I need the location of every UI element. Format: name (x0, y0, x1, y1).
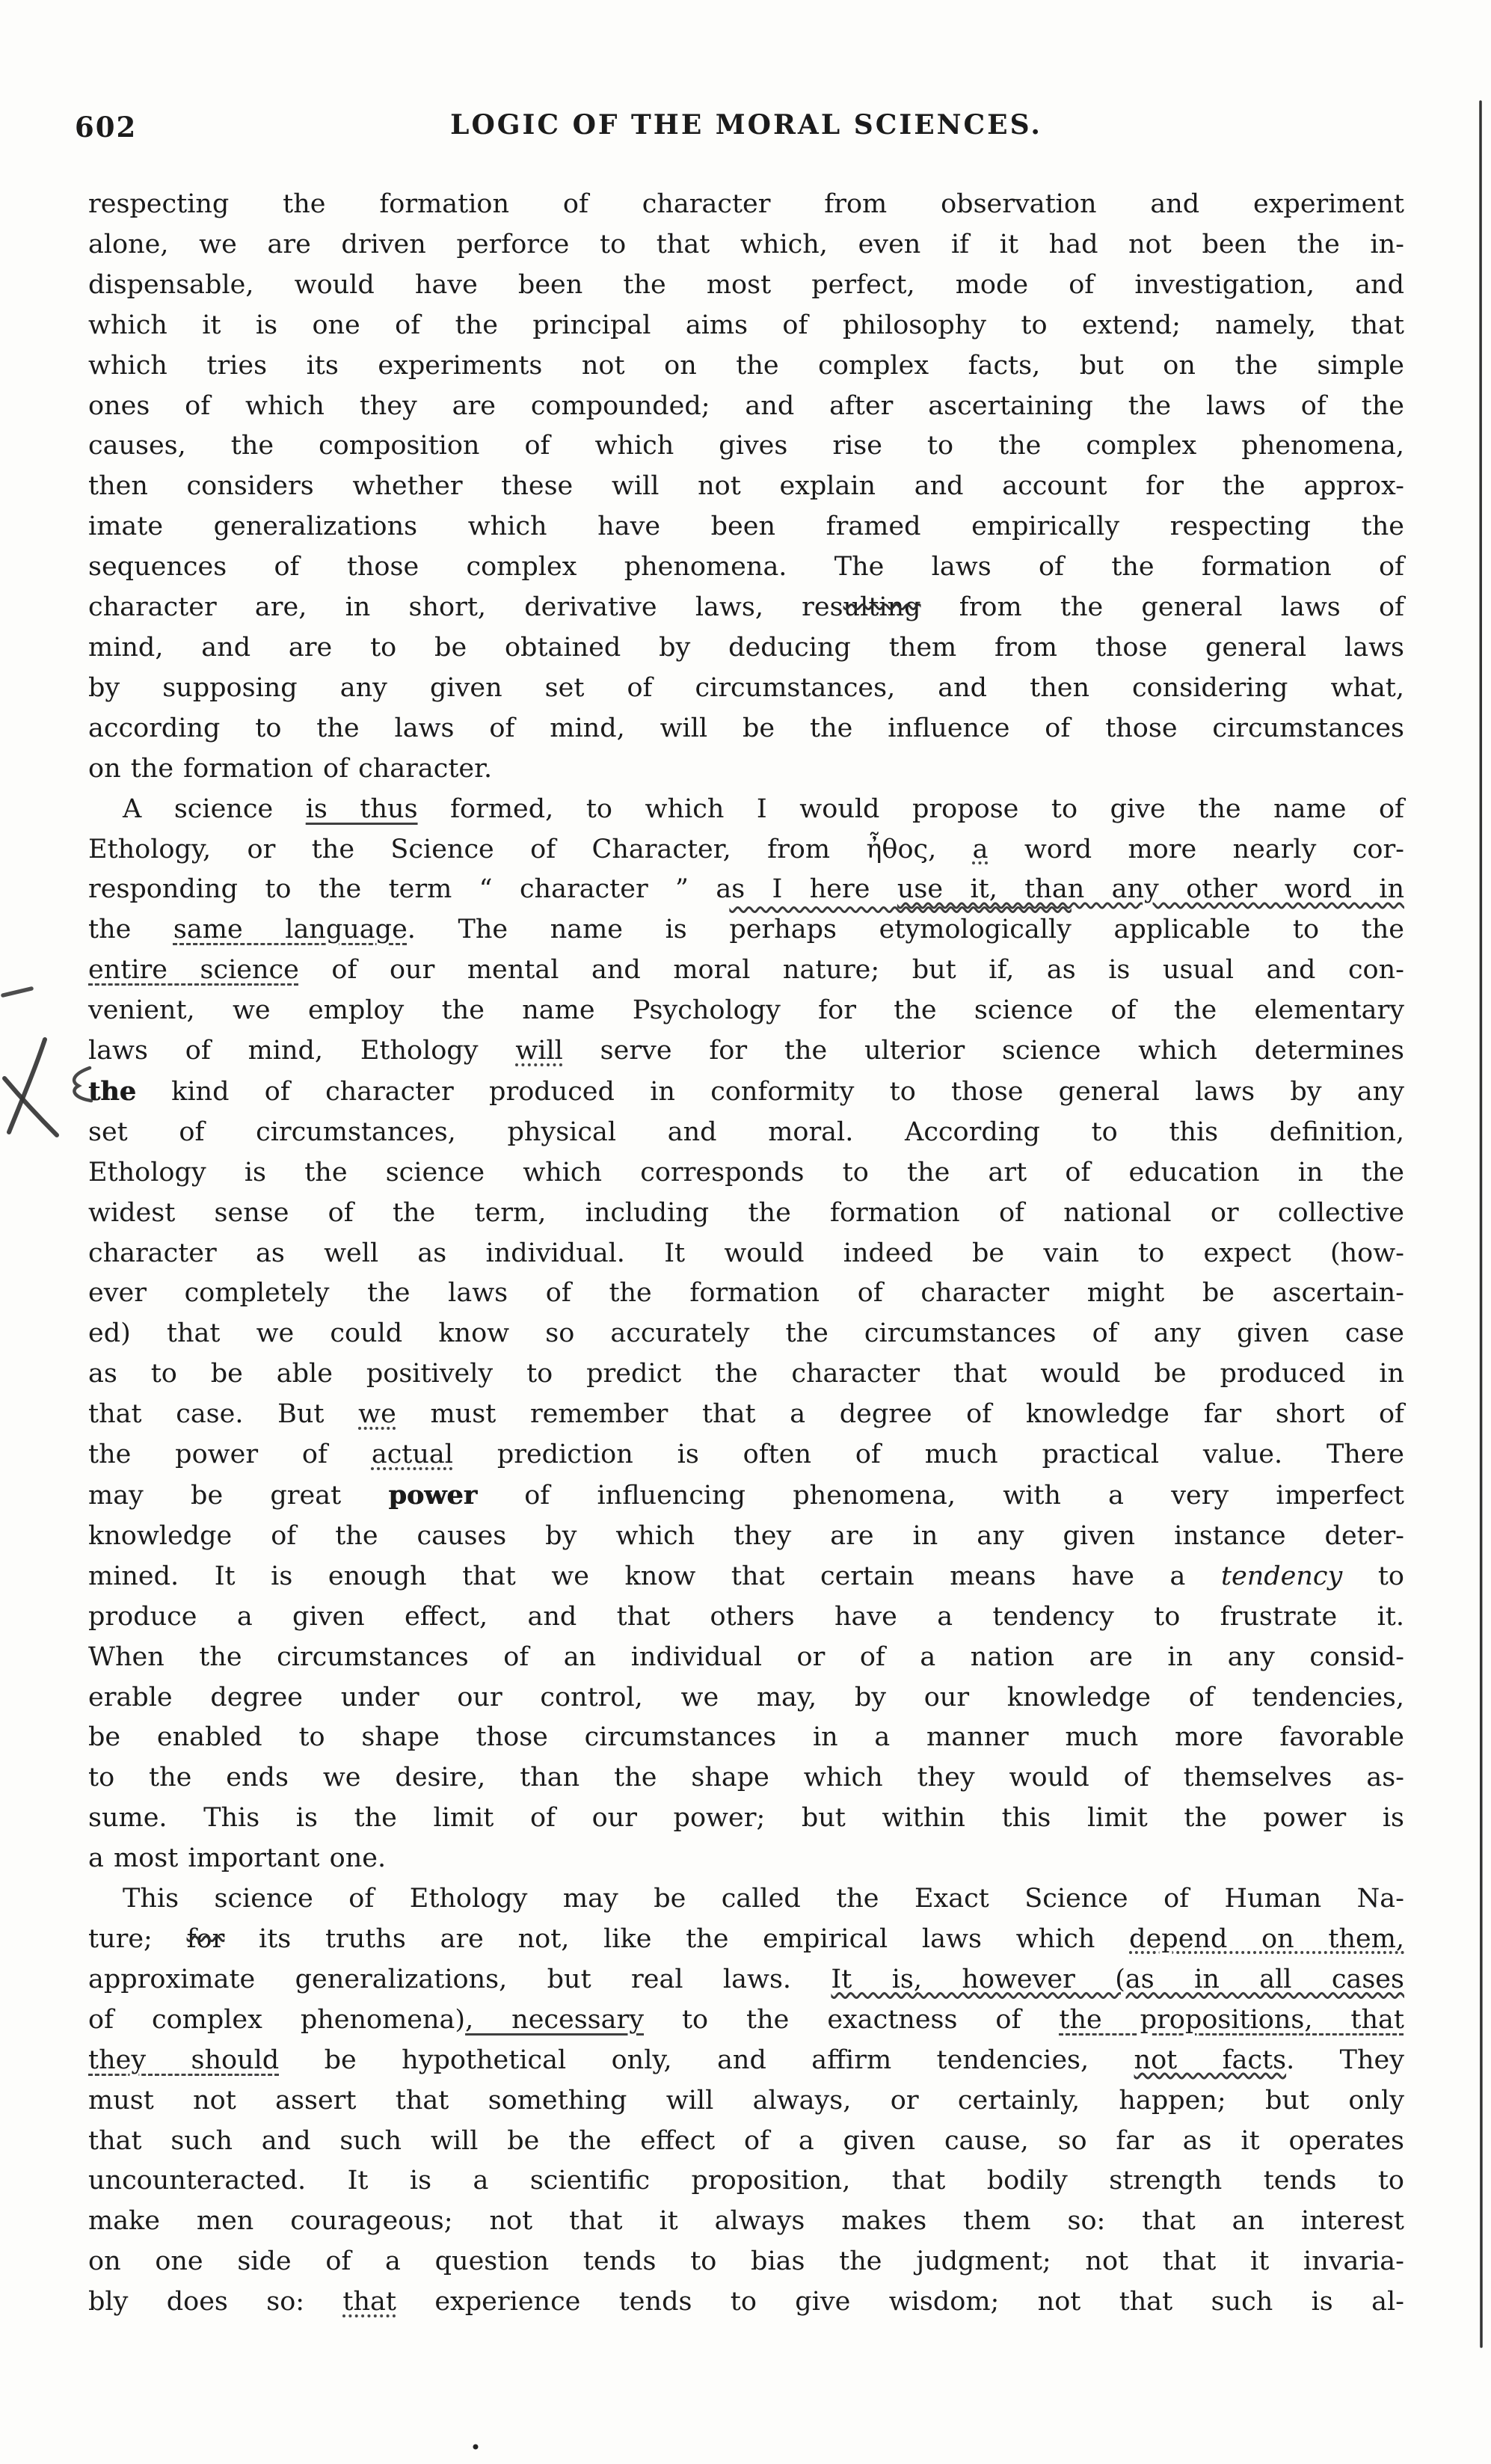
paragraph-2-line-16: that case. But we must remember that a d… (88, 1395, 1404, 1435)
paragraph-2-line-9: set of circumstances, physical and moral… (88, 1113, 1404, 1153)
paragraph-2-line-10: Ethology is the science which correspond… (88, 1153, 1404, 1193)
paragraph-3-line-7: that such and such will be the effect of… (88, 2122, 1404, 2162)
paragraph-2-line-17: the power of actual prediction is often … (88, 1435, 1404, 1475)
pencil-mark-d: that (342, 2287, 396, 2317)
pencil-mark-d: depend on them, (1129, 1924, 1404, 1954)
pencil-mark-d: we (358, 1399, 396, 1429)
pencil-mark-w: not facts (1134, 2045, 1287, 2075)
paragraph-3-line-5: they should be hypothetical only, and af… (88, 2041, 1404, 2081)
paragraph-3-line-6: must not assert that something will alwa… (88, 2081, 1404, 2122)
pencil-mark-w: use it, than any other word in (897, 874, 1404, 904)
pencil-mark-a: same language (173, 915, 408, 944)
paragraph-2-line-21: produce a given effect, and that others … (88, 1597, 1404, 1638)
page-header: 602 LOGIC OF THE MORAL SCIENCES. (88, 109, 1404, 148)
paragraph-2-line-1: A science is thus formed, to which I wou… (88, 790, 1404, 830)
paragraph-1-line-2: alone, we are driven perforce to that wh… (88, 225, 1404, 265)
paragraph-3-line-4: of complex phenomena), necessary to the … (88, 2000, 1404, 2041)
pencil-mark-a: they should (88, 2045, 279, 2075)
paragraph-1-line-11: character are, in short, derivative laws… (88, 588, 1404, 628)
paragraph-2-line-11: widest sense of the term, including the … (88, 1193, 1404, 1234)
paragraph-2-line-19: knowledge of the causes by which they ar… (88, 1517, 1404, 1557)
pencil-mark-a: entire science (88, 955, 299, 985)
running-title: LOGIC OF THE MORAL SCIENCES. (88, 109, 1404, 141)
pencil-mark-o: perhaps etymologically (729, 915, 1072, 944)
pencil-mark-i: tendency (1221, 1561, 1342, 1591)
paragraph-2-line-7: laws of mind, Ethology will serve for th… (88, 1031, 1404, 1072)
paragraph-2-line-22: When the circumstances of an individual … (88, 1638, 1404, 1678)
paragraph-1-line-14: according to the laws of mind, will be t… (88, 709, 1404, 749)
page-number: 602 (75, 111, 137, 144)
paragraph-1-line-1: respecting the formation of character fr… (88, 185, 1404, 225)
paragraph-1-line-15: on the formation of character. (88, 749, 1404, 790)
paragraph-3-line-8: uncounteracted. It is a scientific propo… (88, 2161, 1404, 2202)
paragraph-3-line-1: This science of Ethology may be called t… (88, 1879, 1404, 1920)
paragraph-2-line-26: sume. This is the limit of our power; bu… (88, 1798, 1404, 1839)
paragraph-3-line-2: ture; for its truths are not, like the e… (88, 1920, 1404, 1960)
ink-speck (473, 2445, 479, 2450)
pencil-mark-a: the propositions, that (1059, 2005, 1404, 2035)
paragraph-2-line-24: be enabled to shape those circumstances … (88, 1718, 1404, 1758)
paragraph-2-line-20: mined. It is enough that we know that ce… (88, 1557, 1404, 1597)
pencil-mark-u: , necessary (465, 2005, 644, 2035)
pencil-mark-b: power (388, 1480, 477, 1511)
pencil-x-margin-mark-stroke-2 (4, 1078, 57, 1135)
paragraph-2-line-6: venient, we employ the name Psychology f… (88, 991, 1404, 1031)
pencil-mark-s: for (187, 1924, 225, 1954)
paragraph-2-line-15: as to be able positively to predict the … (88, 1354, 1404, 1395)
paragraph-1-line-8: then considers whether these will not ex… (88, 467, 1404, 507)
pencil-mark-w: It is, however (as in all cases (831, 1964, 1404, 1994)
paragraph-1-line-6: ones of which they are compounded; and a… (88, 387, 1404, 427)
paragraph-1-line-4: which it is one of the principal aims of… (88, 306, 1404, 346)
paragraph-2-line-18: may be great power of influencing phenom… (88, 1475, 1404, 1517)
pencil-dash-margin-mark (3, 989, 31, 995)
paragraph-2-line-14: ed) that we could know so accurately the… (88, 1314, 1404, 1354)
pencil-mark-s: ulting (843, 592, 921, 622)
pencil-x-margin-mark-stroke-1 (9, 1039, 45, 1132)
paragraph-2-line-4: the same language. The name is perhaps e… (88, 910, 1404, 950)
paragraph-3-line-9: make men courageous; not that it always … (88, 2202, 1404, 2242)
paragraph-2-line-27: a most important one. (88, 1839, 1404, 1879)
paragraph-2-line-5: entire science of our mental and moral n… (88, 950, 1404, 991)
paragraph-1-line-9: imate generalizations which have been fr… (88, 507, 1404, 547)
paragraph-1-line-10: sequences of those complex phenomena. Th… (88, 547, 1404, 588)
pencil-mark-d: actual (372, 1440, 453, 1469)
paragraph-1-line-13: by supposing any given set of circumstan… (88, 669, 1404, 709)
paragraph-2-line-8: the kind of character produced in confor… (88, 1072, 1404, 1113)
paragraph-2-line-13: ever completely the laws of the formatio… (88, 1274, 1404, 1314)
paragraph-2-line-23: erable degree under our control, we may,… (88, 1678, 1404, 1718)
paragraph-2-line-3: responding to the term “ character ” as … (88, 870, 1404, 910)
pencil-mark-b: the (88, 1076, 136, 1107)
paragraph-3-line-10: on one side of a question tends to bias … (88, 2242, 1404, 2282)
pencil-mark-u: is thus (306, 794, 418, 824)
paragraph-2-line-25: to the ends we desire, than the shape wh… (88, 1758, 1404, 1798)
book-page: 602 LOGIC OF THE MORAL SCIENCES. respect… (0, 0, 1491, 2464)
pencil-mark-d: will (515, 1036, 563, 1066)
paragraph-3-line-3: approximate generalizations, but real la… (88, 1960, 1404, 2000)
paragraph-1-line-5: which tries its experiments not on the c… (88, 346, 1404, 387)
page-edge-line (1481, 102, 1481, 2347)
paragraph-1-line-12: mind, and are to be obtained by deducing… (88, 628, 1404, 669)
paragraph-2-line-2: Ethology, or the Science of Character, f… (88, 830, 1404, 870)
paragraph-3-line-11: bly does so: that experience tends to gi… (88, 2282, 1404, 2323)
paragraph-1-line-3: dispensable, would have been the most pe… (88, 265, 1404, 306)
paragraph-2-line-12: character as well as individual. It woul… (88, 1234, 1404, 1274)
pencil-mark-d: a (973, 835, 989, 864)
page-body-text: respecting the formation of character fr… (88, 185, 1404, 2323)
paragraph-1-line-7: causes, the composition of which gives r… (88, 426, 1404, 467)
